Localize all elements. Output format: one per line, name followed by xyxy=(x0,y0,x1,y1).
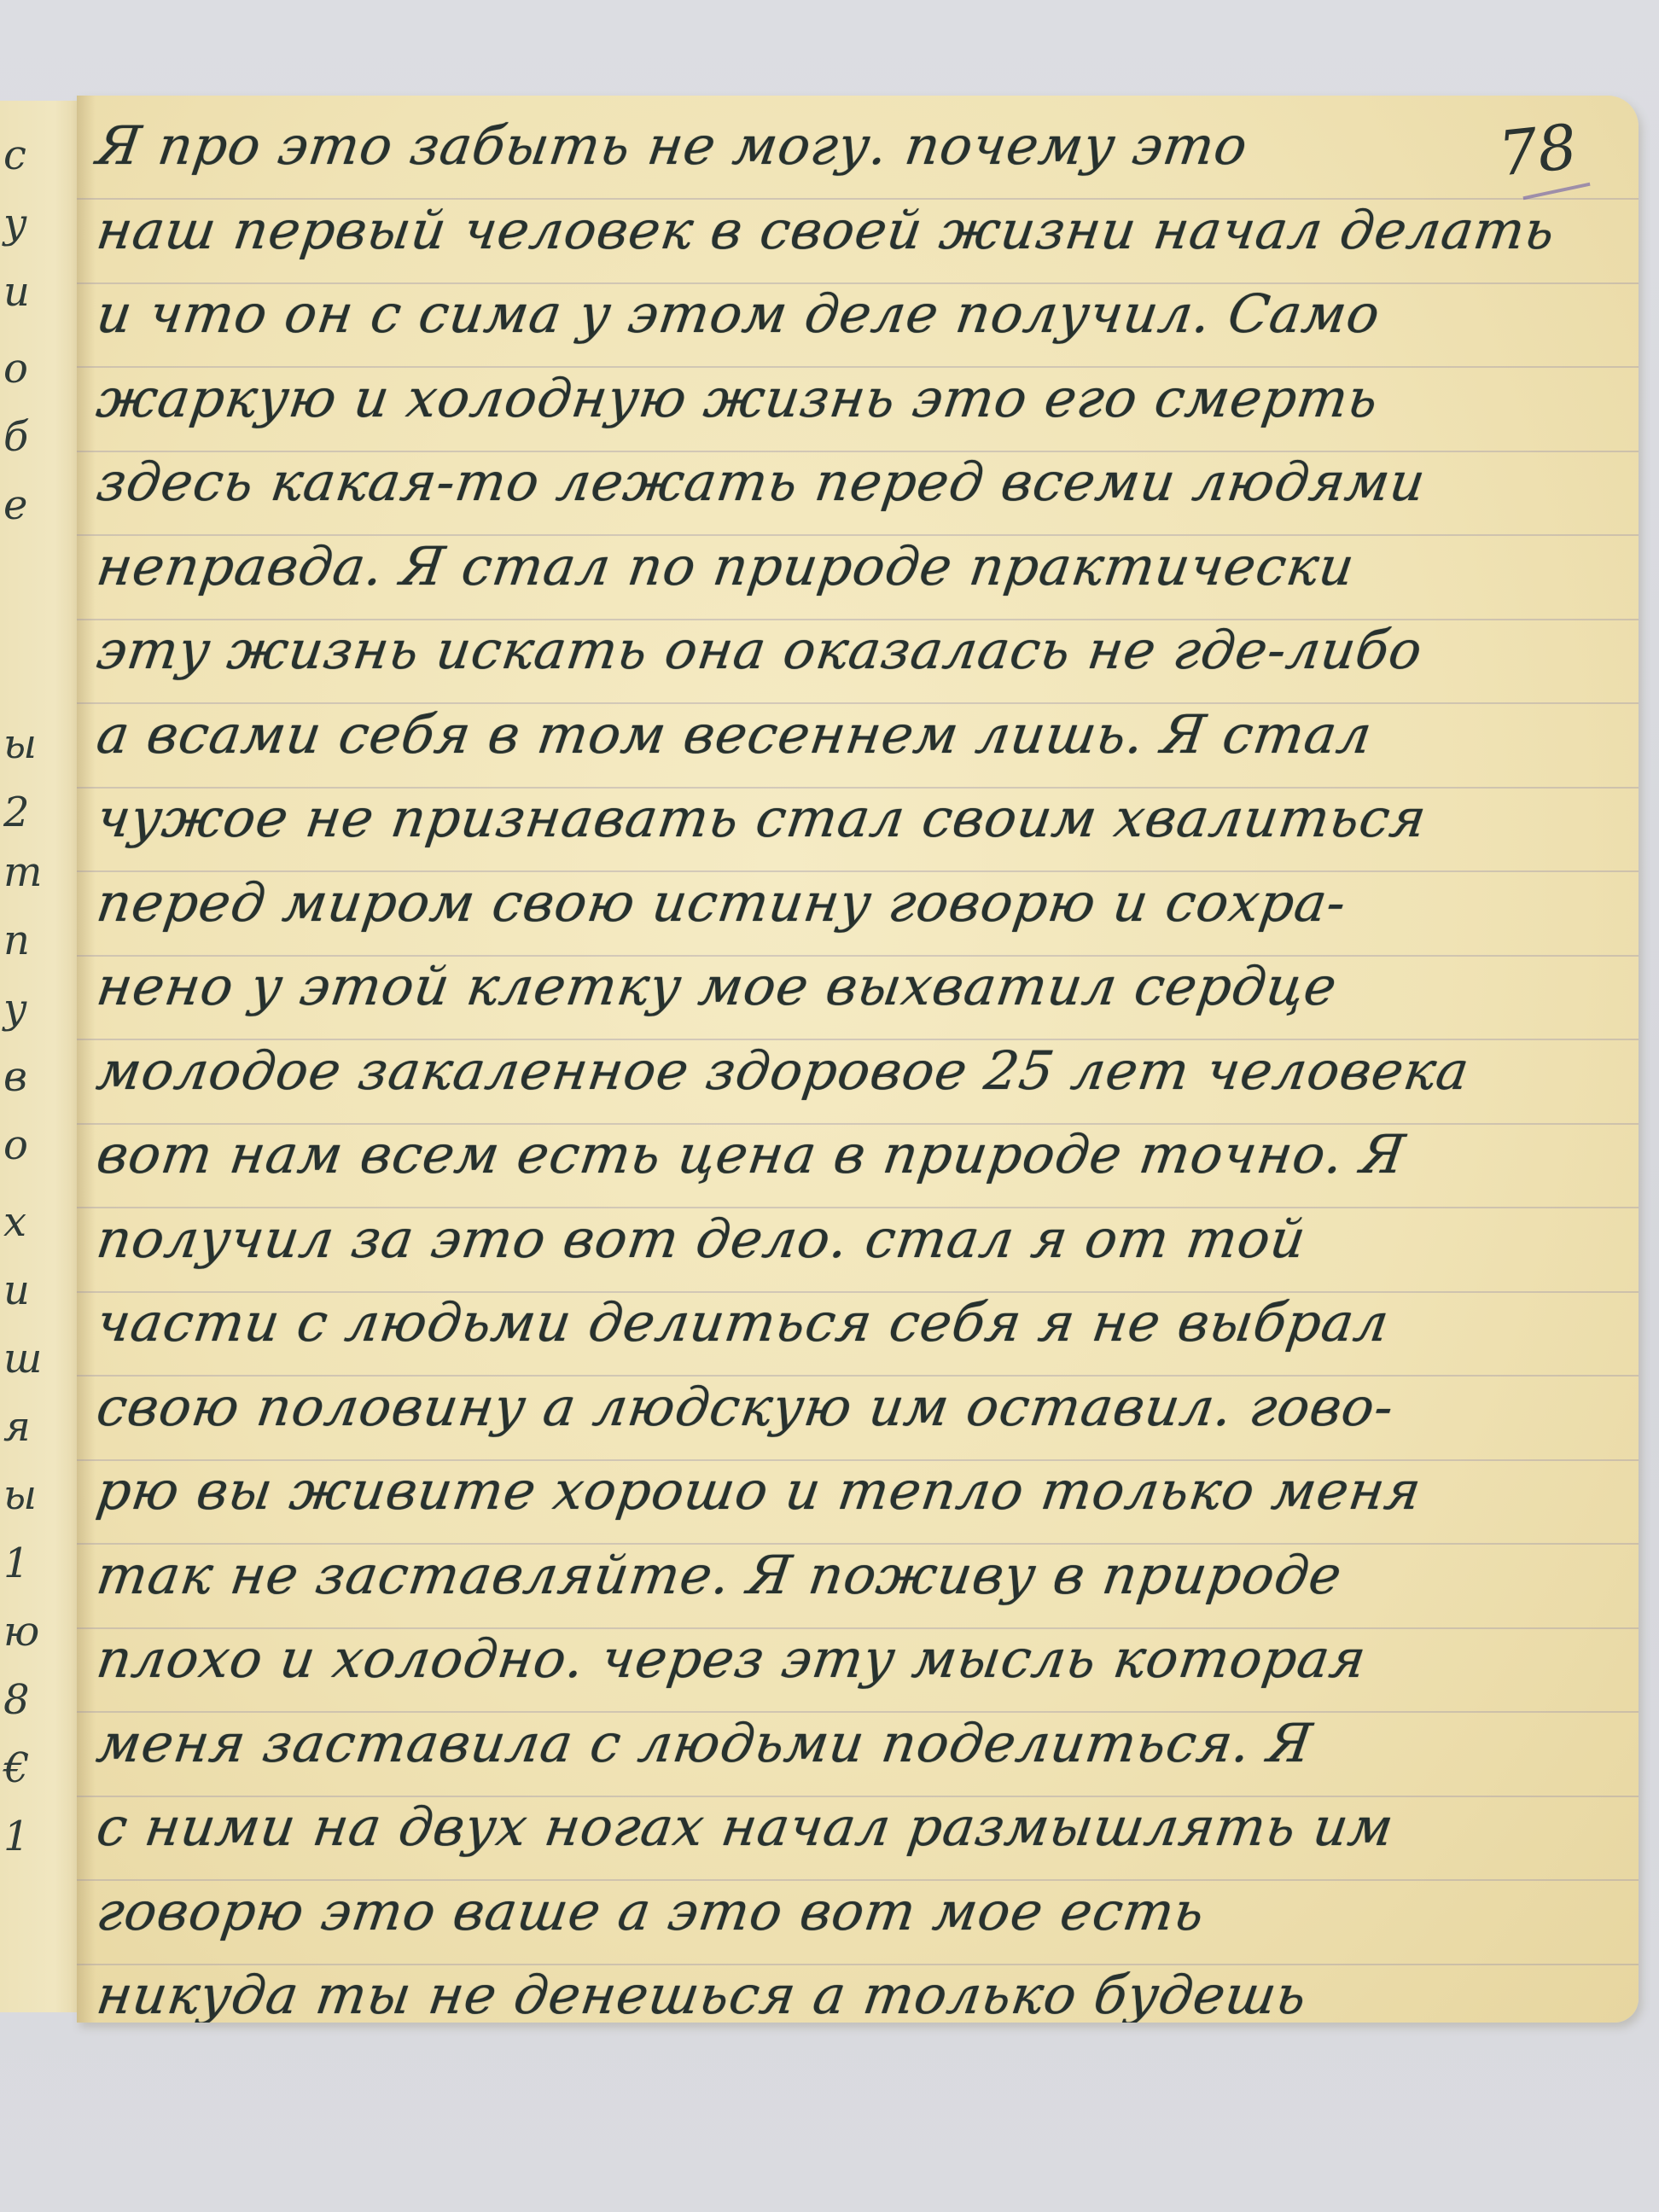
left-page-fragment: и xyxy=(3,1270,30,1311)
left-page-fragment: ы xyxy=(3,1475,37,1516)
text-line: меня заставила с людьми поделиться. Я xyxy=(91,1702,1571,1786)
text-line: а всами себя в том весеннем лишь. Я стал xyxy=(91,693,1571,777)
text-line: перед миром свою истину говорю и сохра- xyxy=(91,861,1571,946)
left-page-fragment: ю xyxy=(3,1611,39,1652)
text-line: с ними на двух ногах начал размышлять им xyxy=(91,1785,1571,1870)
left-page-fragment: 8 xyxy=(3,1679,30,1720)
text-line: жаркую и холодную жизнь это его смерть xyxy=(91,357,1571,441)
left-page-fragment: ы xyxy=(3,724,37,765)
text-line: неправда. Я стал по природе практически xyxy=(91,525,1571,609)
left-page-fragment: ш xyxy=(3,1338,42,1379)
text-line: получил за это вот дело. стал я от той xyxy=(91,1197,1571,1282)
text-line: части с людьми делиться себя я не выбрал xyxy=(91,1281,1571,1365)
left-page-fragment: 1 xyxy=(3,1543,30,1584)
left-page-fragment: и xyxy=(3,271,30,312)
text-line: молодое закаленное здоровое 25 лет челов… xyxy=(91,1029,1571,1114)
left-page-edge: с у и о б е ы 2 т п у в о х и ш я ы 1 ю … xyxy=(0,101,80,2012)
left-page-fragment: 1 xyxy=(3,1816,30,1857)
text-line: свою половину а людскую им оставил. гово… xyxy=(91,1365,1571,1450)
text-line: эту жизнь искать она оказалась не где-ли… xyxy=(91,608,1571,693)
text-line: здесь какая-то лежать перед всеми людями xyxy=(91,440,1571,525)
left-page-fragment: б xyxy=(3,416,28,457)
text-line: Я про это забыть не могу. почему это xyxy=(91,104,1571,189)
left-page-fragment: х xyxy=(3,1202,26,1243)
text-line: рю вы живите хорошо и тепло только меня xyxy=(91,1449,1571,1534)
handwritten-text-body: Я про это забыть не могу. почему это наш… xyxy=(97,104,1565,2023)
left-page-fragment: я xyxy=(3,1406,31,1447)
left-page-fragment: € xyxy=(3,1748,30,1789)
text-line: так не заставляйте. Я поживу в природе xyxy=(91,1534,1571,1618)
left-page-fragment: у xyxy=(3,203,27,244)
left-page-fragment: т xyxy=(3,852,43,893)
text-line: никуда ты не денешься а только будешь xyxy=(91,1953,1571,2023)
text-line: нено у этой клетку мое выхватил сердце xyxy=(91,945,1571,1029)
left-page-fragment: 2 xyxy=(3,792,30,833)
text-line: наш первый человек в своей жизни начал д… xyxy=(91,189,1571,273)
left-page-fragment: о xyxy=(3,1125,28,1166)
text-line: вот нам всем есть цена в природе точно. … xyxy=(91,1113,1571,1197)
notebook-page: 78 Я про это забыть не могу. почему это … xyxy=(77,96,1639,2023)
left-page-fragment: о xyxy=(3,348,28,389)
text-line: чужое не признавать стал своим хвалиться xyxy=(91,777,1571,861)
text-line: и что он с сима у этом деле получил. Сам… xyxy=(91,272,1571,357)
left-page-fragment: в xyxy=(3,1057,27,1097)
left-page-fragment: п xyxy=(3,920,30,961)
text-line: говорю это ваше а это вот мое есть xyxy=(91,1870,1571,1954)
left-page-fragment: е xyxy=(3,485,27,526)
left-page-fragment: у xyxy=(3,988,27,1029)
page-fold-shadow xyxy=(77,96,96,2023)
text-line: плохо и холодно. через эту мысль которая xyxy=(91,1617,1571,1702)
left-page-fragment: с xyxy=(3,135,26,176)
